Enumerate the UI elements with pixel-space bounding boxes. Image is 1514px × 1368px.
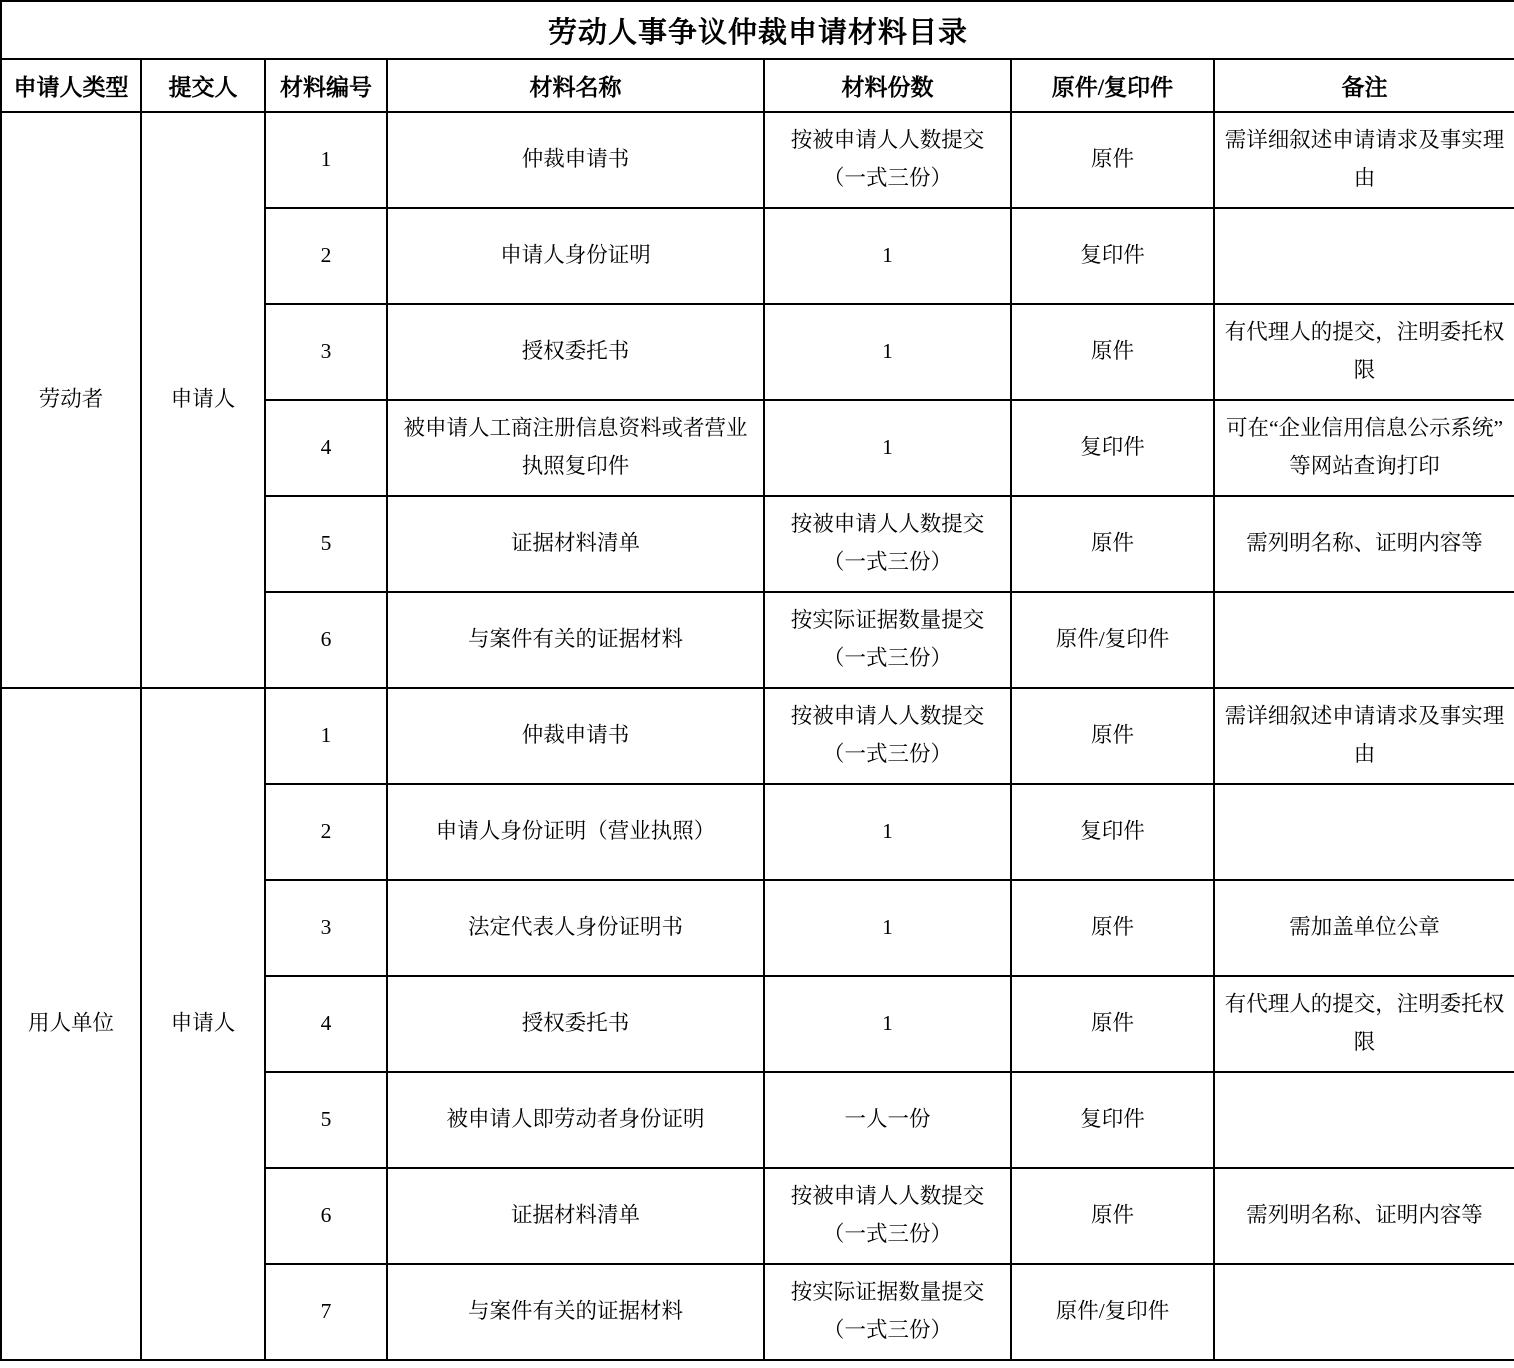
original-or-copy-cell: 复印件 [1011, 400, 1214, 496]
remark-cell: 有代理人的提交，注明委托权限 [1214, 976, 1514, 1072]
material-no-cell: 1 [265, 688, 387, 784]
table-body: 劳动者申请人1仲裁申请书按被申请人人数提交 （一式三份）原件需详细叙述申请请求及… [1, 112, 1514, 1360]
copies-cell: 按被申请人人数提交 （一式三份） [764, 112, 1011, 208]
remark-cell [1214, 1072, 1514, 1168]
material-name-cell: 证据材料清单 [387, 1168, 764, 1264]
original-or-copy-cell: 复印件 [1011, 784, 1214, 880]
copies-cell: 按实际证据数量提交 （一式三份） [764, 592, 1011, 688]
remark-cell [1214, 784, 1514, 880]
material-no-cell: 4 [265, 976, 387, 1072]
remark-cell: 有代理人的提交，注明委托权限 [1214, 304, 1514, 400]
copies-cell: 1 [764, 208, 1011, 304]
original-or-copy-cell: 原件 [1011, 1168, 1214, 1264]
title-row: 劳动人事争议仲裁申请材料目录 [1, 1, 1514, 59]
col-header-submitter: 提交人 [141, 59, 265, 112]
remark-cell: 需详细叙述申请请求及事实理由 [1214, 112, 1514, 208]
material-no-cell: 3 [265, 880, 387, 976]
copies-cell: 1 [764, 784, 1011, 880]
copies-cell: 1 [764, 880, 1011, 976]
col-header-remark: 备注 [1214, 59, 1514, 112]
material-name-cell: 被申请人工商注册信息资料或者营业执照复印件 [387, 400, 764, 496]
submitter-cell: 申请人 [141, 112, 265, 688]
material-name-cell: 证据材料清单 [387, 496, 764, 592]
copies-cell: 一人一份 [764, 1072, 1011, 1168]
material-name-cell: 授权委托书 [387, 976, 764, 1072]
remark-cell: 需列明名称、证明内容等 [1214, 1168, 1514, 1264]
original-or-copy-cell: 原件 [1011, 976, 1214, 1072]
copies-cell: 1 [764, 304, 1011, 400]
original-or-copy-cell: 复印件 [1011, 208, 1214, 304]
col-header-applicant-type: 申请人类型 [1, 59, 141, 112]
material-name-cell: 授权委托书 [387, 304, 764, 400]
applicant-type-cell: 劳动者 [1, 112, 141, 688]
col-header-material-name: 材料名称 [387, 59, 764, 112]
original-or-copy-cell: 原件 [1011, 496, 1214, 592]
original-or-copy-cell: 原件 [1011, 880, 1214, 976]
material-no-cell: 2 [265, 784, 387, 880]
header-row: 申请人类型 提交人 材料编号 材料名称 材料份数 原件/复印件 备注 [1, 59, 1514, 112]
remark-cell [1214, 208, 1514, 304]
original-or-copy-cell: 原件/复印件 [1011, 592, 1214, 688]
material-no-cell: 5 [265, 496, 387, 592]
material-no-cell: 4 [265, 400, 387, 496]
material-no-cell: 3 [265, 304, 387, 400]
original-or-copy-cell: 复印件 [1011, 1072, 1214, 1168]
remark-cell [1214, 592, 1514, 688]
submitter-cell: 申请人 [141, 688, 265, 1360]
material-name-cell: 仲裁申请书 [387, 112, 764, 208]
remark-cell: 可在“企业信用信息公示系统”等网站查询打印 [1214, 400, 1514, 496]
material-no-cell: 6 [265, 592, 387, 688]
material-no-cell: 6 [265, 1168, 387, 1264]
material-name-cell: 申请人身份证明（营业执照） [387, 784, 764, 880]
copies-cell: 按被申请人人数提交 （一式三份） [764, 688, 1011, 784]
remark-cell: 需加盖单位公章 [1214, 880, 1514, 976]
material-name-cell: 申请人身份证明 [387, 208, 764, 304]
material-name-cell: 被申请人即劳动者身份证明 [387, 1072, 764, 1168]
copies-cell: 1 [764, 400, 1011, 496]
original-or-copy-cell: 原件 [1011, 304, 1214, 400]
remark-cell [1214, 1264, 1514, 1360]
material-name-cell: 仲裁申请书 [387, 688, 764, 784]
copies-cell: 按实际证据数量提交 （一式三份） [764, 1264, 1011, 1360]
applicant-type-cell: 用人单位 [1, 688, 141, 1360]
copies-cell: 按被申请人人数提交 （一式三份） [764, 1168, 1011, 1264]
page-title: 劳动人事争议仲裁申请材料目录 [1, 1, 1514, 59]
materials-table: 劳动人事争议仲裁申请材料目录 申请人类型 提交人 材料编号 材料名称 材料份数 … [0, 0, 1514, 1361]
remark-cell: 需详细叙述申请请求及事实理由 [1214, 688, 1514, 784]
table-row-group2-item1: 用人单位申请人1仲裁申请书按被申请人人数提交 （一式三份）原件需详细叙述申请请求… [1, 688, 1514, 784]
copies-cell: 按被申请人人数提交 （一式三份） [764, 496, 1011, 592]
col-header-copies: 材料份数 [764, 59, 1011, 112]
remark-cell: 需列明名称、证明内容等 [1214, 496, 1514, 592]
original-or-copy-cell: 原件/复印件 [1011, 1264, 1214, 1360]
material-name-cell: 与案件有关的证据材料 [387, 592, 764, 688]
material-no-cell: 1 [265, 112, 387, 208]
material-no-cell: 2 [265, 208, 387, 304]
col-header-material-no: 材料编号 [265, 59, 387, 112]
material-no-cell: 5 [265, 1072, 387, 1168]
col-header-original-or-copy: 原件/复印件 [1011, 59, 1214, 112]
original-or-copy-cell: 原件 [1011, 112, 1214, 208]
material-name-cell: 法定代表人身份证明书 [387, 880, 764, 976]
original-or-copy-cell: 原件 [1011, 688, 1214, 784]
copies-cell: 1 [764, 976, 1011, 1072]
material-name-cell: 与案件有关的证据材料 [387, 1264, 764, 1360]
table-row-group1-item1: 劳动者申请人1仲裁申请书按被申请人人数提交 （一式三份）原件需详细叙述申请请求及… [1, 112, 1514, 208]
material-no-cell: 7 [265, 1264, 387, 1360]
